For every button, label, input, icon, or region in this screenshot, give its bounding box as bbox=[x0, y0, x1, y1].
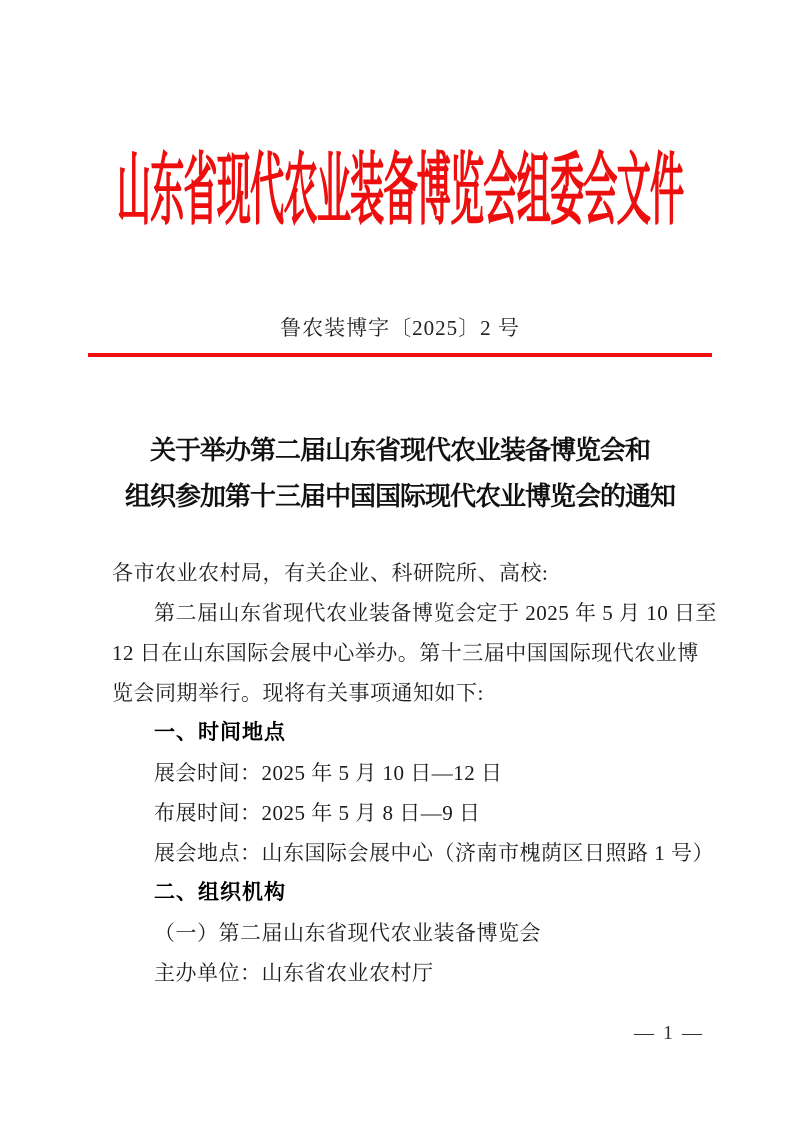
organization-title: 山东省现代农业装备博览会组委会文件 bbox=[117, 89, 683, 296]
setup-time-line: 布展时间：2025 年 5 月 8 日—9 日 bbox=[112, 793, 698, 833]
red-header-banner: 山东省现代农业装备博览会组委会文件 bbox=[0, 146, 800, 238]
document-title-line-1: 关于举办第二届山东省现代农业装备博览会和 bbox=[0, 428, 800, 474]
expo-location-line: 展会地点：山东国际会展中心（济南市槐荫区日照路 1 号） bbox=[112, 833, 698, 873]
body-line: 览会同期举行。现将有关事项通知如下: bbox=[112, 673, 698, 713]
red-divider-rule bbox=[88, 353, 712, 357]
document-body: 各市农业农村局，有关企业、科研院所、高校: 第二届山东省现代农业装备博览会定于 … bbox=[112, 553, 698, 993]
section-heading-time-place: 一、时间地点 bbox=[112, 713, 698, 753]
host-unit-line: 主办单位：山东省农业农村厅 bbox=[112, 953, 698, 993]
body-line: 第二届山东省现代农业装备博览会定于 2025 年 5 月 10 日至 bbox=[112, 593, 698, 633]
document-reference-number: 鲁农装博字〔2025〕2 号 bbox=[0, 312, 800, 342]
subsection-expo-line: （一）第二届山东省现代农业装备博览会 bbox=[112, 913, 698, 953]
page-number: — 1 — bbox=[634, 1022, 704, 1045]
document-title-line-2: 组织参加第十三届中国国际现代农业博览会的通知 bbox=[0, 474, 800, 520]
expo-time-line: 展会时间：2025 年 5 月 10 日—12 日 bbox=[112, 753, 698, 793]
section-heading-organization: 二、组织机构 bbox=[112, 873, 698, 913]
salutation-line: 各市农业农村局，有关企业、科研院所、高校: bbox=[112, 553, 698, 593]
document-page: 山东省现代农业装备博览会组委会文件 鲁农装博字〔2025〕2 号 关于举办第二届… bbox=[0, 0, 800, 1122]
document-title: 关于举办第二届山东省现代农业装备博览会和 组织参加第十三届中国国际现代农业博览会… bbox=[0, 428, 800, 520]
body-line: 12 日在山东国际会展中心举办。第十三届中国国际现代农业博 bbox=[112, 633, 698, 673]
